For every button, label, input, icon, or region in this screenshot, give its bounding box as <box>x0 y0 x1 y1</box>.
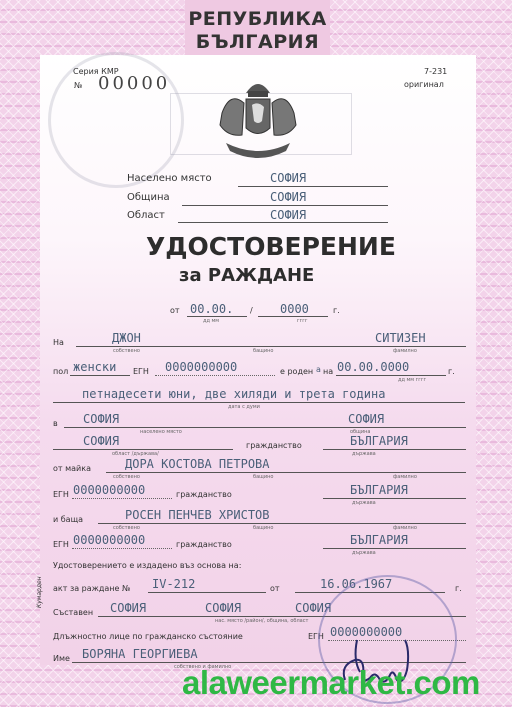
header-bulgaria: БЪЛГАРИЯ <box>185 31 330 53</box>
child-first-name: ДЖОН <box>112 331 141 345</box>
header-republic: РЕПУБЛИКА <box>185 8 330 30</box>
father-egn: 0000000000 <box>73 533 145 547</box>
birth-municipality: СОФИЯ <box>348 412 384 426</box>
official-name: БОРЯНА ГЕОРГИЕВА <box>82 647 198 661</box>
series-number: 00000 <box>98 73 170 94</box>
issue-from-label: от <box>170 306 180 315</box>
form-type: оригинал <box>404 80 444 89</box>
child-birth-date: 00.00.0000 <box>337 360 409 374</box>
settlement-label: Населено място <box>127 173 212 184</box>
issue-year: 0000 <box>280 302 309 316</box>
municipality-label: Община <box>127 192 170 203</box>
basis-heading: Удостоверението е издадено въз основа на… <box>53 561 241 570</box>
birth-act-number: IV-212 <box>152 577 195 591</box>
certificate-title: УДОСТОВЕРЕНИЕ <box>146 232 396 261</box>
certificate-subtitle: за РАЖДАНЕ <box>179 265 314 286</box>
mother-egn: 0000000000 <box>73 483 145 497</box>
birth-date-in-words: петнадесети юни, две хиляди и трета годи… <box>82 387 385 401</box>
compiled-municipality: СОФИЯ <box>205 601 241 615</box>
mother-name: ДОРА КОСТОВА ПЕТРОВА <box>125 457 270 471</box>
settlement-value: СОФИЯ <box>270 171 306 185</box>
mother-citizenship: БЪЛГАРИЯ <box>350 483 408 497</box>
form-code: 7-231 <box>424 67 447 76</box>
region-label: Област <box>127 210 165 221</box>
child-egn: 0000000000 <box>165 360 237 374</box>
child-last-name: СИТИЗЕН <box>375 331 426 345</box>
municipality-value: СОФИЯ <box>270 190 306 204</box>
issue-ddmm: 00.00. <box>190 302 233 316</box>
coat-of-arms-icon <box>208 73 308 163</box>
number-sign: № <box>74 81 82 90</box>
birth-region: СОФИЯ <box>83 434 119 448</box>
side-vertical-text: Кумарден <box>36 576 43 608</box>
region-value: СОФИЯ <box>270 208 306 222</box>
compiled-place: СОФИЯ <box>110 601 146 615</box>
child-sex: женски <box>73 360 116 374</box>
father-citizenship: БЪЛГАРИЯ <box>350 533 408 547</box>
watermark-text: alaweermarket.com <box>182 664 480 702</box>
child-citizenship: БЪЛГАРИЯ <box>350 434 408 448</box>
father-name: РОСЕН ПЕНЧЕВ ХРИСТОВ <box>125 508 270 522</box>
birth-place: СОФИЯ <box>83 412 119 426</box>
